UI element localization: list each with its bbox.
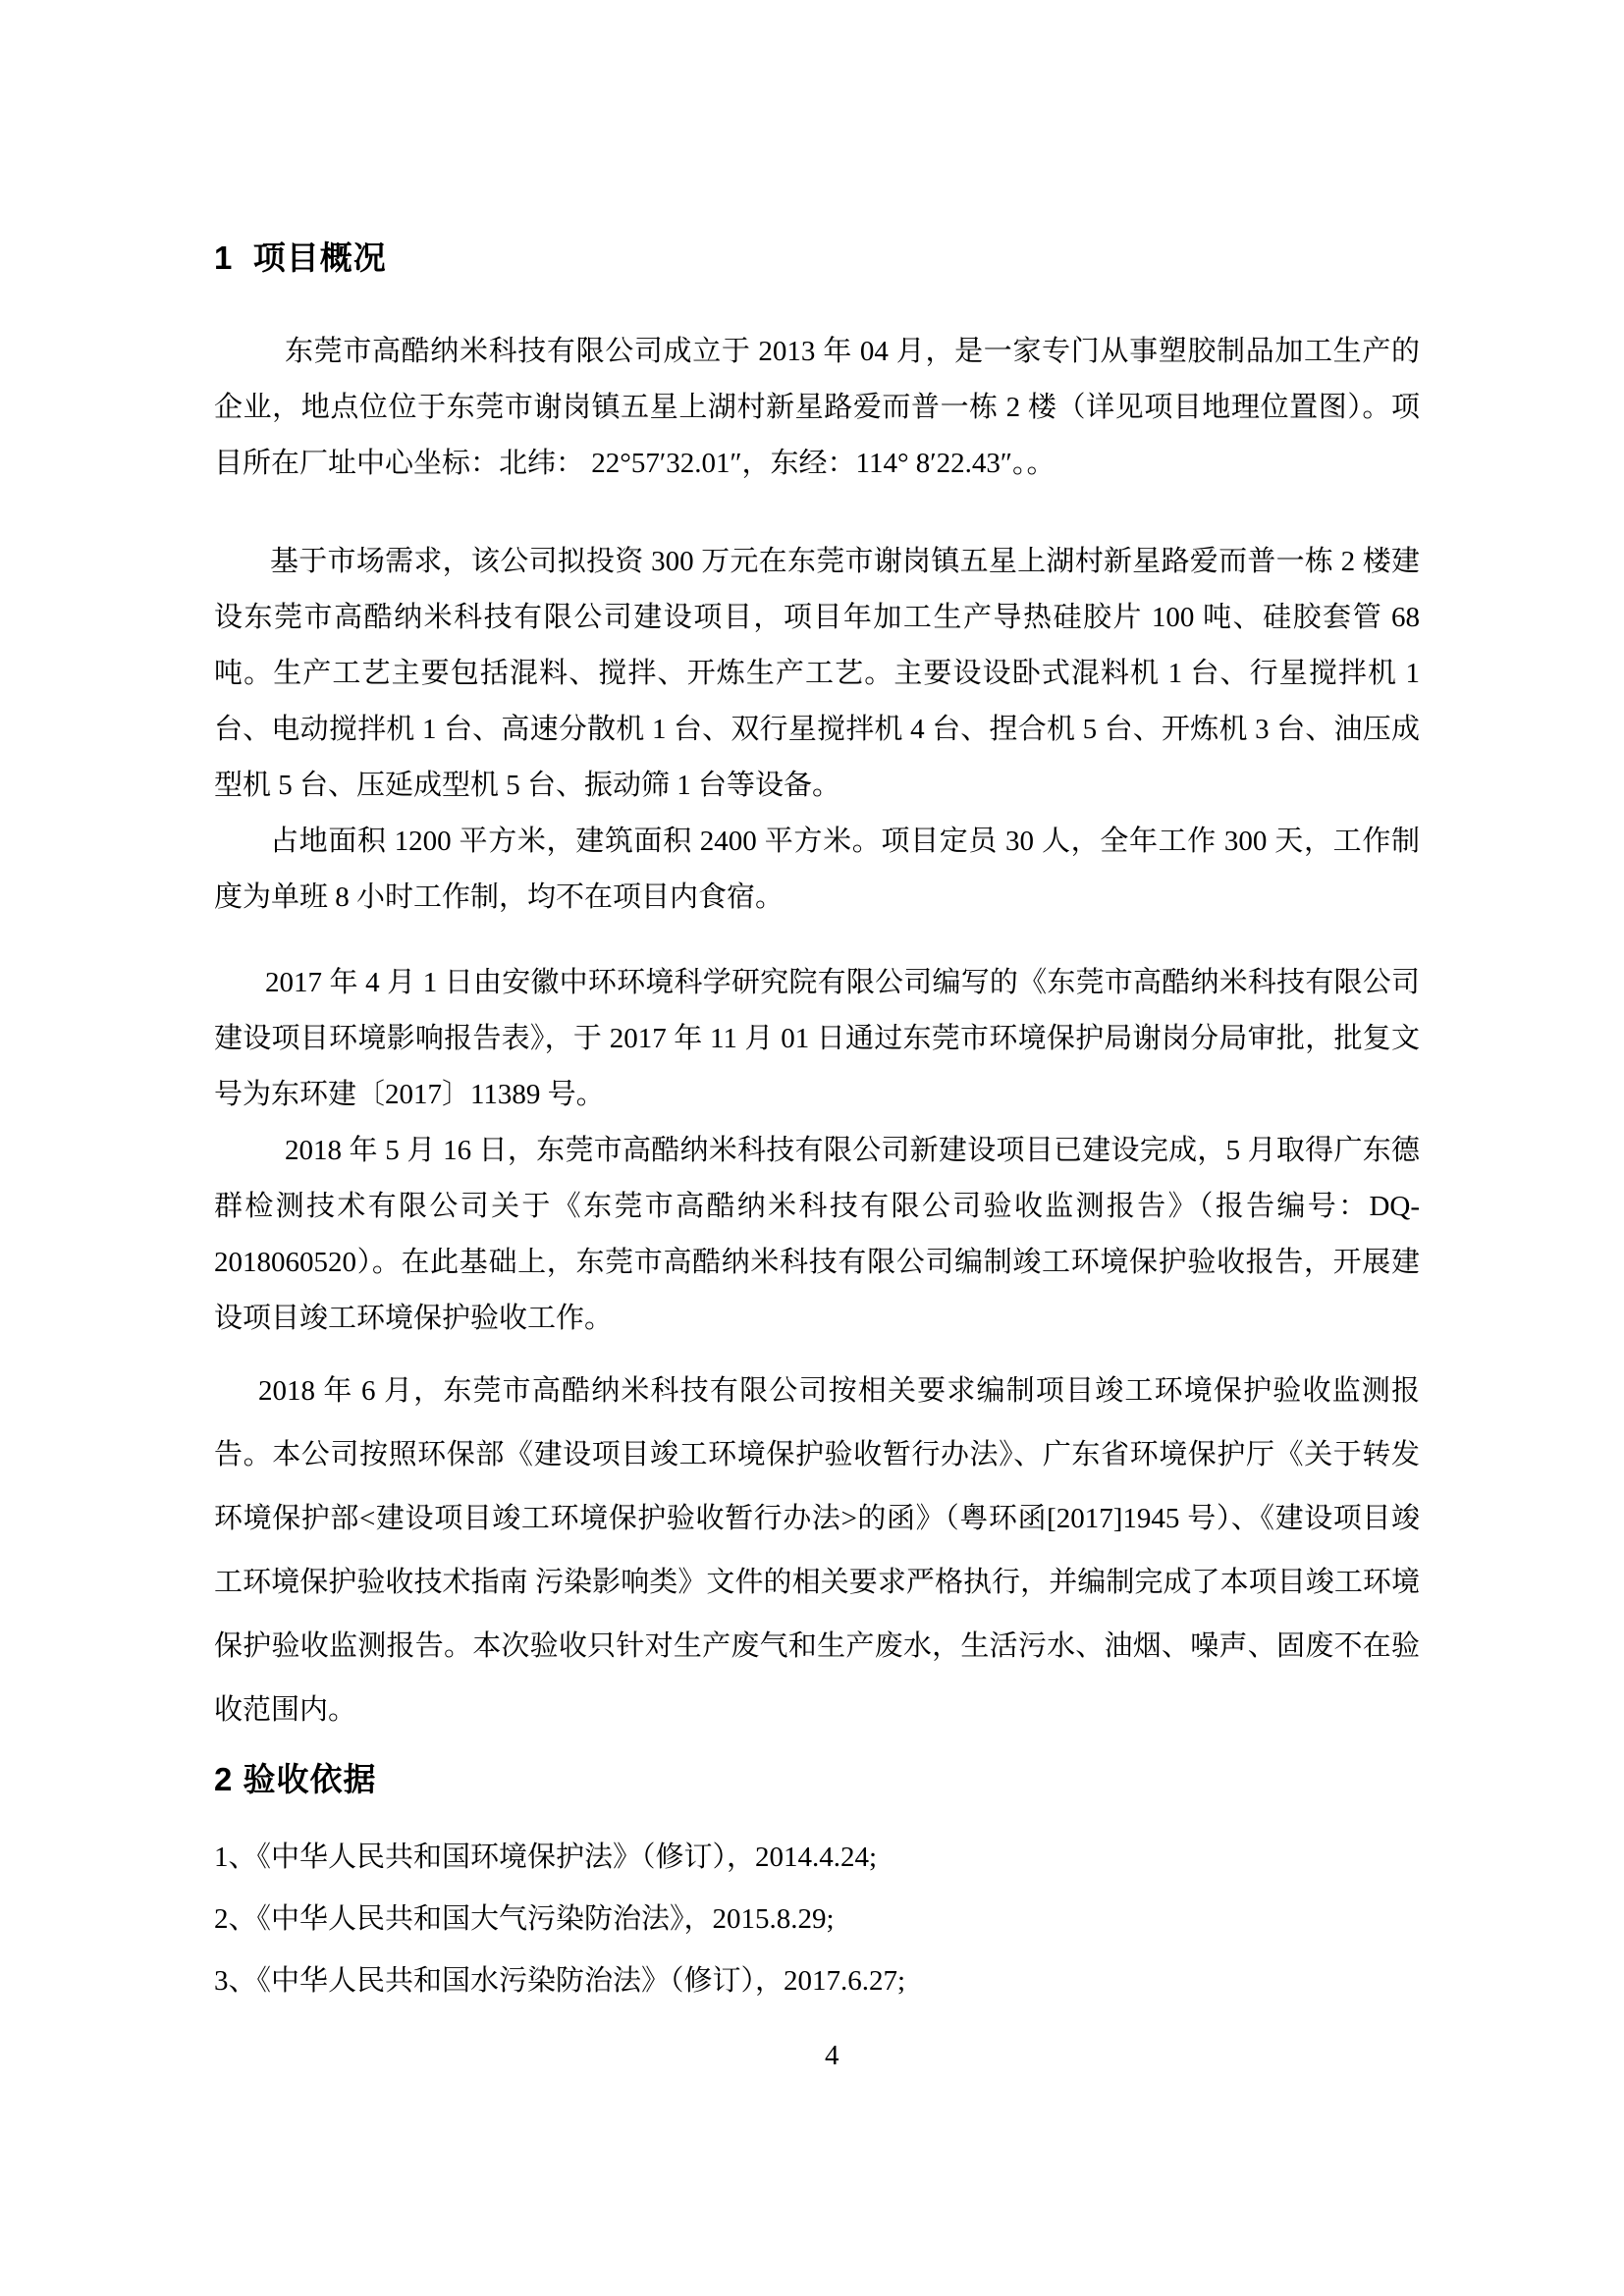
paragraph-acceptance-scope: 2018 年 6 月，东莞市高酷纳米科技有限公司按相关要求编制项目竣工环境保护验… (214, 1360, 1420, 1742)
paragraph-completion-monitoring: 2018 年 5 月 16 日，东莞市高酷纳米科技有限公司新建设项目已建设完成，… (214, 1123, 1420, 1347)
reference-item-air-pollution-law: 2、《中华人民共和国大气污染防治法》，2015.8.29; (214, 1889, 1420, 1950)
paragraph-area-staff: 占地面积 1200 平方米，建筑面积 2400 平方米。项目定员 30 人，全年… (214, 814, 1420, 926)
acceptance-basis-list: 1、《中华人民共和国环境保护法》（修订），2014.4.24; 2、《中华人民共… (214, 1827, 1420, 2012)
paragraph-company-intro: 东莞市高酷纳米科技有限公司成立于 2013 年 04 月，是一家专门从事塑胶制品… (214, 324, 1420, 492)
section-1-heading: 1 项目概况 (214, 240, 1420, 276)
page-number: 4 (825, 2040, 839, 2071)
section-2-heading: 2 验收依据 (214, 1762, 1420, 1797)
document-page: 1 项目概况 东莞市高酷纳米科技有限公司成立于 2013 年 04 月，是一家专… (0, 0, 1624, 2296)
reference-item-environmental-protection-law: 1、《中华人民共和国环境保护法》（修订），2014.4.24; (214, 1827, 1420, 1889)
paragraph-investment-equipment: 基于市场需求，该公司拟投资 300 万元在东莞市谢岗镇五星上湖村新星路爱而普一栋… (214, 534, 1420, 814)
paragraph-eia-approval: 2017 年 4 月 1 日由安徽中环环境科学研究院有限公司编写的《东莞市高酷纳… (214, 955, 1420, 1123)
reference-item-water-pollution-law: 3、《中华人民共和国水污染防治法》（修订），2017.6.27; (214, 1950, 1420, 2012)
